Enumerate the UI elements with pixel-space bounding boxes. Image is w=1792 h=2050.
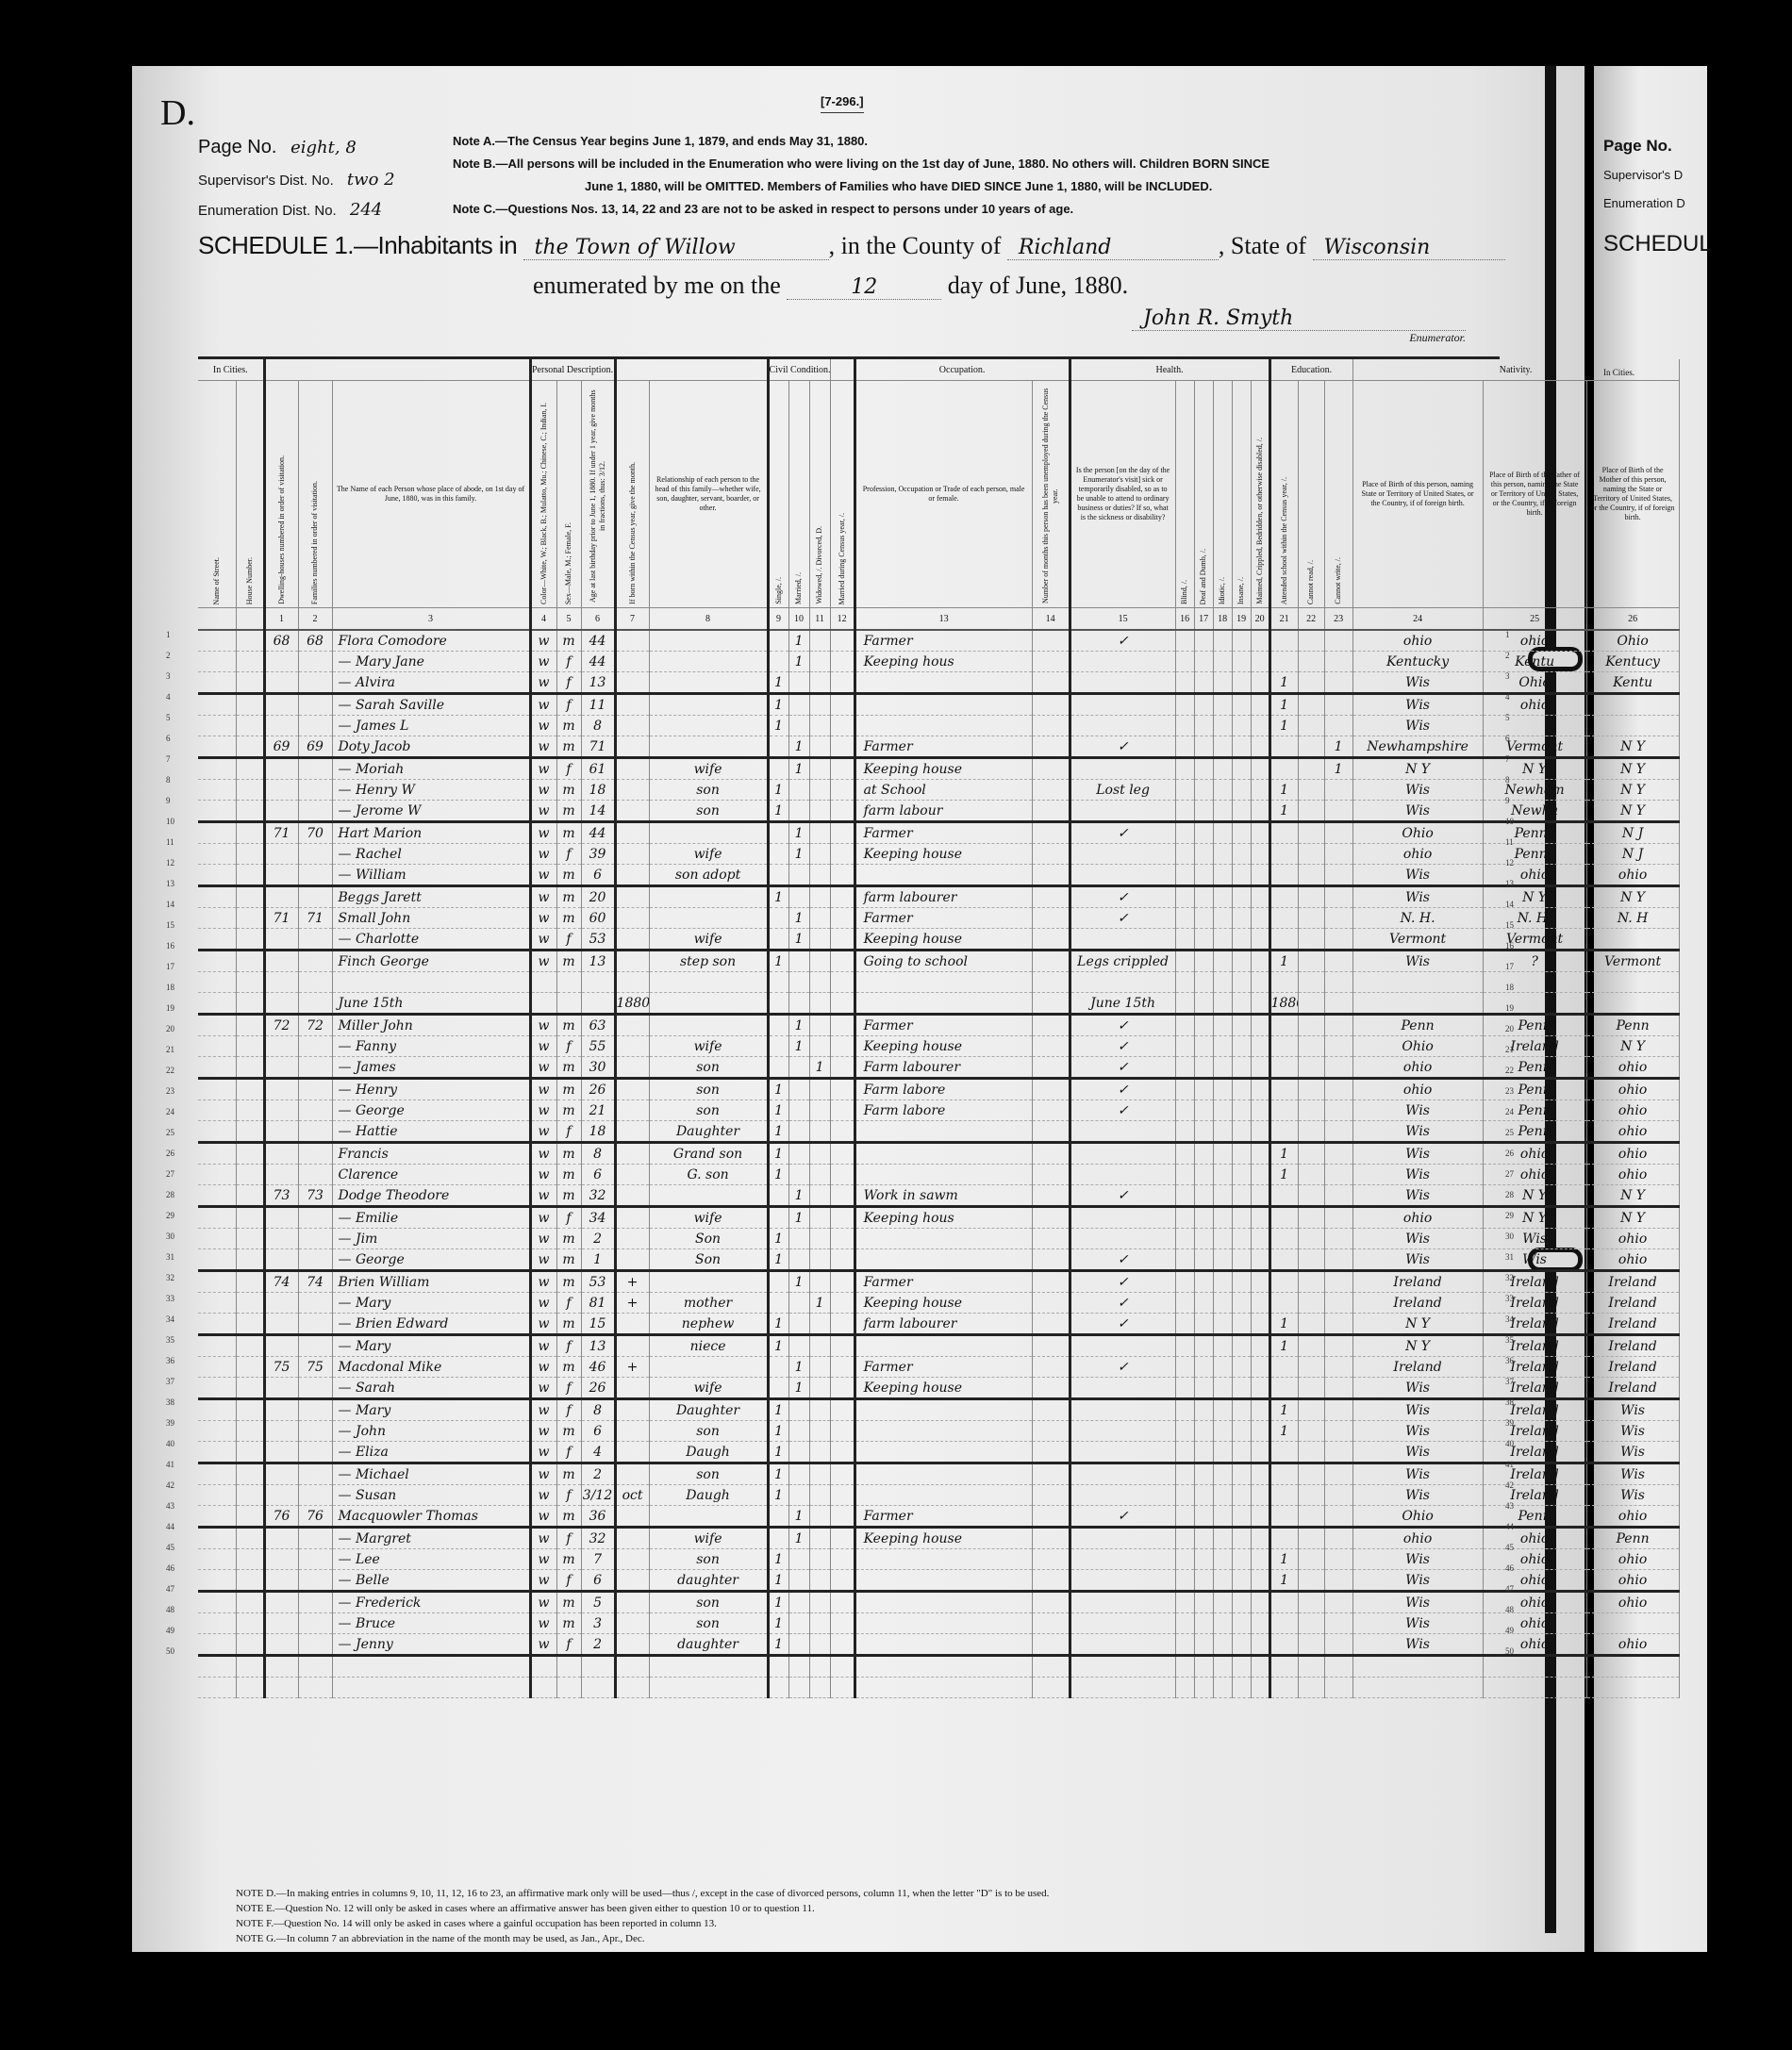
empty-cell — [236, 1121, 264, 1143]
cell-name: — Emilie — [332, 1207, 530, 1229]
column-header: Profession, Occupation or Trade of each … — [855, 381, 1032, 608]
cell-w — [809, 780, 830, 801]
cell-occ — [855, 1335, 1032, 1357]
cell-sick: ✓ — [1070, 736, 1175, 758]
cell-fbp: Newha — [1483, 801, 1586, 822]
cell-sex: m — [556, 736, 581, 758]
cell-md — [830, 736, 855, 758]
cell-rel: daughter — [649, 1570, 768, 1592]
empty-cell — [1194, 1378, 1213, 1399]
cell-s: 1 — [768, 951, 788, 972]
cell-sick: Legs crippled — [1070, 951, 1175, 972]
cell-bp: Wis — [1352, 1485, 1483, 1506]
cell-age: 55 — [581, 1036, 615, 1057]
cell-read — [1298, 908, 1324, 929]
empty-cell — [1175, 1057, 1194, 1079]
table-row: — Hattiewf18Daughter1WisPennohio — [198, 1121, 1679, 1143]
cell-name: — Mary — [332, 1293, 530, 1314]
line-number: 36 — [166, 1356, 174, 1365]
table-row: — Williamwm6son adoptWisohioohio — [198, 865, 1679, 886]
cell-mbp: N J — [1586, 844, 1679, 865]
column-header: Married, /. — [788, 381, 809, 608]
cell-write — [1324, 1570, 1352, 1592]
table-row: — James Lwm811Wis — [198, 716, 1679, 736]
cell-sick — [1070, 1229, 1175, 1249]
cell-dw — [264, 758, 298, 780]
cell-sex: m — [556, 801, 581, 822]
empty-cell — [1232, 672, 1251, 694]
cell-w — [809, 1015, 830, 1036]
cell-sick: ✓ — [1070, 1293, 1175, 1314]
cell-md — [830, 716, 855, 736]
cell-age: 39 — [581, 844, 615, 865]
cell-bp: ohio — [1352, 1057, 1483, 1079]
cell-fam — [298, 1463, 332, 1485]
cell-color: w — [530, 929, 556, 951]
cell-occ: Farm labourer — [855, 1057, 1032, 1079]
cell-bp: N. H. — [1352, 908, 1483, 929]
cell-month — [615, 1463, 649, 1485]
empty-cell — [1213, 694, 1232, 716]
enumerator-signature: John R. Smyth Enumerator. — [1132, 306, 1466, 345]
cell-read — [1298, 1634, 1324, 1656]
cell-month — [615, 1335, 649, 1357]
empty-cell — [1175, 758, 1194, 780]
line-number: 24 — [166, 1107, 174, 1116]
cell-bp: Wis — [1352, 672, 1483, 694]
cell-sex: m — [556, 1592, 581, 1613]
empty-cell — [1032, 780, 1070, 801]
cell-read — [1298, 1613, 1324, 1634]
empty-cell — [1032, 672, 1070, 694]
cell-sex: m — [556, 1185, 581, 1207]
empty-cell — [1194, 1079, 1213, 1100]
table-row: — Frederickwm5son1Wisohioohio — [198, 1592, 1679, 1613]
cell-rel — [649, 993, 768, 1015]
column-label: Profession, Occupation or Trade of each … — [856, 485, 1032, 504]
cell-mbp: Ireland — [1586, 1293, 1679, 1314]
table-row: Finch Georgewm13step son1Going to school… — [198, 951, 1679, 972]
cell-sick — [1070, 716, 1175, 736]
enumeration-label: Enumeration Dist. No. — [198, 203, 337, 219]
cell-fbp: ohio — [1483, 1634, 1586, 1656]
cell-occ — [855, 1656, 1032, 1678]
cell-fbp: Penn — [1483, 1506, 1586, 1528]
cell-s — [768, 736, 788, 758]
empty-cell — [1175, 1100, 1194, 1121]
empty-cell — [1175, 951, 1194, 972]
cell-occ — [855, 1421, 1032, 1442]
column-label: House Number. — [245, 557, 255, 604]
cell-age: 44 — [581, 630, 615, 652]
cell-md — [830, 1656, 855, 1678]
cell-sick: ✓ — [1070, 1100, 1175, 1121]
cell-age: 18 — [581, 780, 615, 801]
cell-s: 1 — [768, 1570, 788, 1592]
cell-w — [809, 1100, 830, 1121]
cell-mbp: ohio — [1586, 1100, 1679, 1121]
cell-fbp — [1483, 716, 1586, 736]
cell-write — [1324, 1314, 1352, 1335]
empty-cell — [1032, 1249, 1070, 1271]
cell-bp — [1352, 1678, 1483, 1698]
cell-fbp: N Y — [1483, 1207, 1586, 1229]
cell-w — [809, 1421, 830, 1442]
empty-cell — [198, 1335, 236, 1357]
cell-rel — [649, 972, 768, 993]
empty-cell — [1213, 865, 1232, 886]
cell-month — [615, 1678, 649, 1698]
group-in-cities: In Cities. — [198, 359, 264, 381]
cell-occ: Farm labore — [855, 1079, 1032, 1100]
cell-s — [768, 844, 788, 865]
group-header-row: In Cities. Personal Description. Civil C… — [198, 359, 1679, 381]
cell-occ — [855, 1570, 1032, 1592]
cell-read — [1298, 1506, 1324, 1528]
state-label: , State of — [1219, 232, 1306, 259]
empty-cell — [198, 1549, 236, 1570]
cell-name: — Henry W — [332, 780, 530, 801]
empty-cell — [1213, 1463, 1232, 1485]
cell-md — [830, 1015, 855, 1036]
cell-fbp: Ireland — [1483, 1399, 1586, 1421]
empty-cell — [1251, 1249, 1269, 1271]
empty-cell — [236, 1357, 264, 1378]
line-number: 5 — [166, 713, 171, 722]
cell-dw: 76 — [264, 1506, 298, 1528]
column-label: Married, /. — [794, 572, 804, 604]
cell-rel: son — [649, 1549, 768, 1570]
cell-month — [615, 1442, 649, 1463]
line-number: 34 — [166, 1314, 174, 1324]
empty-cell — [1232, 630, 1251, 652]
cell-month: + — [615, 1357, 649, 1378]
empty-cell — [198, 972, 236, 993]
empty-cell — [1194, 865, 1213, 886]
cell-mbp: N Y — [1586, 736, 1679, 758]
cell-bp: Wis — [1352, 1592, 1483, 1613]
empty-cell — [236, 822, 264, 844]
empty-cell — [236, 1143, 264, 1165]
empty-cell — [1194, 758, 1213, 780]
line-number: 12 — [166, 858, 174, 868]
cell-fam — [298, 694, 332, 716]
cell-occ — [855, 1485, 1032, 1506]
empty-cell — [1213, 1079, 1232, 1100]
cell-school: 1880 — [1269, 993, 1298, 1015]
cell-sex: f — [556, 1634, 581, 1656]
column-number: 10 — [788, 608, 809, 631]
empty-cell — [198, 1528, 236, 1549]
cell-fbp: ? — [1483, 951, 1586, 972]
empty-cell — [1175, 780, 1194, 801]
cell-fam — [298, 844, 332, 865]
next-supervisor: Supervisor's D — [1603, 168, 1683, 182]
cell-fam: 71 — [298, 908, 332, 929]
cell-fbp — [1483, 1656, 1586, 1678]
cell-sick — [1070, 1678, 1175, 1698]
empty-cell — [236, 1249, 264, 1271]
cell-age: 26 — [581, 1378, 615, 1399]
cell-color: w — [530, 780, 556, 801]
empty-cell — [1194, 716, 1213, 736]
empty-cell — [1175, 1036, 1194, 1057]
cell-fam: 73 — [298, 1185, 332, 1207]
empty-cell — [1232, 951, 1251, 972]
cell-age: 2 — [581, 1634, 615, 1656]
cell-age: 30 — [581, 1057, 615, 1079]
cell-occ — [855, 716, 1032, 736]
cell-rel: Son — [649, 1249, 768, 1271]
cell-fbp: ohio — [1483, 1592, 1586, 1613]
line-number: 47 — [166, 1584, 174, 1594]
cell-rel: Daughter — [649, 1121, 768, 1143]
empty-cell — [1032, 1506, 1070, 1528]
cell-sick — [1070, 972, 1175, 993]
cell-sex — [556, 1656, 581, 1678]
cell-color: w — [530, 1165, 556, 1185]
cell-m: 1 — [788, 908, 809, 929]
cell-read — [1298, 1335, 1324, 1357]
cell-color: w — [530, 1442, 556, 1463]
empty-cell — [1213, 1528, 1232, 1549]
cell-s — [768, 1015, 788, 1036]
cell-w — [809, 822, 830, 844]
note-b: Note B.—All persons will be included in … — [453, 153, 1269, 175]
cell-school: 1 — [1269, 716, 1298, 736]
cell-age: 32 — [581, 1185, 615, 1207]
cell-mbp: ohio — [1586, 1249, 1679, 1271]
empty-cell — [1213, 630, 1232, 652]
cell-write — [1324, 1015, 1352, 1036]
table-row — [198, 1656, 1679, 1678]
cell-sick — [1070, 865, 1175, 886]
line-number: 37 — [1505, 1377, 1514, 1386]
cell-write — [1324, 1229, 1352, 1249]
cell-mbp — [1586, 1613, 1679, 1634]
table-row: — Bellewf6daughter11Wisohioohio — [198, 1570, 1679, 1592]
cell-month — [615, 972, 649, 993]
line-number: 18 — [166, 983, 174, 992]
empty-cell — [1213, 822, 1232, 844]
cell-read — [1298, 1528, 1324, 1549]
cell-occ — [855, 1634, 1032, 1656]
cell-m: 1 — [788, 1015, 809, 1036]
empty-cell — [1251, 694, 1269, 716]
cell-m — [788, 865, 809, 886]
column-number: 24 — [1352, 608, 1483, 631]
cell-color: w — [530, 951, 556, 972]
cell-rel: wife — [649, 844, 768, 865]
cell-age: 13 — [581, 1335, 615, 1357]
cell-bp: Wis — [1352, 1463, 1483, 1485]
empty-cell — [1175, 736, 1194, 758]
cell-month — [615, 780, 649, 801]
cell-sex: f — [556, 652, 581, 672]
line-number: 24 — [1505, 1107, 1514, 1116]
empty-cell — [1175, 1143, 1194, 1165]
cell-rel: son — [649, 1463, 768, 1485]
cell-fbp: N. H. — [1483, 908, 1586, 929]
empty-cell — [198, 1421, 236, 1442]
empty-cell — [1032, 1121, 1070, 1143]
table-row: — Marywf8Daughter11WisIrelandWis — [198, 1399, 1679, 1421]
cell-w — [809, 736, 830, 758]
cell-dw: 72 — [264, 1015, 298, 1036]
cell-color: w — [530, 1015, 556, 1036]
cell-name — [332, 972, 530, 993]
cell-s: 1 — [768, 672, 788, 694]
column-header: Married during Census year, /. — [830, 381, 855, 608]
cell-w — [809, 1314, 830, 1335]
cell-read — [1298, 1057, 1324, 1079]
sheet-letter: D. — [160, 92, 195, 134]
cell-mbp: N Y — [1586, 780, 1679, 801]
cell-school: 1 — [1269, 1549, 1298, 1570]
empty-cell — [1232, 1079, 1251, 1100]
cell-fam — [298, 780, 332, 801]
cell-school — [1269, 1079, 1298, 1100]
cell-fam — [298, 886, 332, 908]
cell-dw — [264, 1121, 298, 1143]
cell-color: w — [530, 1421, 556, 1442]
cell-m: 1 — [788, 1506, 809, 1528]
empty-cell — [236, 1185, 264, 1207]
cell-m — [788, 1165, 809, 1185]
cell-sex: f — [556, 694, 581, 716]
empty-cell — [1251, 1634, 1269, 1656]
cell-read — [1298, 1100, 1324, 1121]
cell-color: w — [530, 1399, 556, 1421]
column-label: Cannot read, /. — [1306, 560, 1316, 604]
column-label: Cannot write, /. — [1334, 557, 1343, 604]
empty-cell — [1213, 758, 1232, 780]
cell-age: 3/12 — [581, 1485, 615, 1506]
cell-age: 36 — [581, 1506, 615, 1528]
cell-write — [1324, 865, 1352, 886]
cell-fbp: N Y — [1483, 886, 1586, 908]
cell-bp: Wis — [1352, 716, 1483, 736]
empty-cell — [1251, 1207, 1269, 1229]
cell-bp: Wis — [1352, 1378, 1483, 1399]
cell-occ: Farmer — [855, 1357, 1032, 1378]
cell-bp: Wis — [1352, 886, 1483, 908]
cell-dw: 73 — [264, 1185, 298, 1207]
cell-sex: f — [556, 1399, 581, 1421]
empty-cell — [236, 886, 264, 908]
cell-fbp: Ireland — [1483, 1442, 1586, 1463]
cell-rel: son — [649, 1100, 768, 1121]
cell-mbp: ohio — [1586, 1121, 1679, 1143]
column-number: 8 — [649, 608, 768, 631]
cell-md — [830, 1057, 855, 1079]
empty-cell — [1251, 1271, 1269, 1293]
cell-read — [1298, 630, 1324, 652]
empty-cell — [1232, 1678, 1251, 1698]
cell-md — [830, 1506, 855, 1528]
empty-cell — [198, 1293, 236, 1314]
cell-bp — [1352, 1656, 1483, 1678]
cell-school — [1269, 822, 1298, 844]
empty-cell — [1251, 1613, 1269, 1634]
cell-w — [809, 886, 830, 908]
empty-cell — [1194, 1485, 1213, 1506]
line-number: 19 — [166, 1003, 174, 1013]
table-row: — Susanwf3/12octDaugh1WisIrelandWis — [198, 1485, 1679, 1506]
empty-cell — [198, 801, 236, 822]
column-header: Number of months this person has been un… — [1032, 381, 1070, 608]
empty-cell — [1232, 780, 1251, 801]
empty-cell — [1232, 844, 1251, 865]
empty-cell — [236, 1036, 264, 1057]
group-occupation: Occupation. — [855, 359, 1070, 381]
cell-mbp: Ohio — [1586, 630, 1679, 652]
cell-bp — [1352, 993, 1483, 1015]
empty-cell — [1251, 929, 1269, 951]
empty-cell — [1194, 1249, 1213, 1271]
cell-sick — [1070, 1634, 1175, 1656]
cell-fbp: ohio — [1483, 1143, 1586, 1165]
cell-w — [809, 1463, 830, 1485]
census-table: In Cities. Personal Description. Civil C… — [198, 356, 1500, 1868]
empty-cell — [1175, 993, 1194, 1015]
cell-mbp: N Y — [1586, 1036, 1679, 1057]
cell-w — [809, 1613, 830, 1634]
line-number: 50 — [1505, 1646, 1514, 1656]
cell-name: — George — [332, 1100, 530, 1121]
cell-read — [1298, 758, 1324, 780]
cell-sex: f — [556, 1528, 581, 1549]
footnotes: NOTE D.—In making entries in columns 9, … — [236, 1886, 1049, 1946]
cell-month — [615, 1528, 649, 1549]
cell-md — [830, 993, 855, 1015]
column-header: Cannot write, /. — [1324, 381, 1352, 608]
table-row: — Marywf81+mother1Keeping house✓IrelandI… — [198, 1293, 1679, 1314]
cell-occ: Keeping house — [855, 929, 1032, 951]
line-number: 1 — [166, 630, 171, 639]
cell-bp: N Y — [1352, 1314, 1483, 1335]
cell-m — [788, 1485, 809, 1506]
line-number: 35 — [166, 1335, 174, 1345]
cell-md — [830, 801, 855, 822]
cell-md — [830, 1485, 855, 1506]
cell-fbp: ohio — [1483, 694, 1586, 716]
empty-cell — [1032, 1229, 1070, 1249]
line-number: 6 — [1505, 734, 1510, 743]
cell-fbp: Penn — [1483, 1100, 1586, 1121]
empty-cell — [1251, 1570, 1269, 1592]
cell-dw — [264, 1613, 298, 1634]
cell-month — [615, 758, 649, 780]
cell-color: w — [530, 1506, 556, 1528]
cell-color: w — [530, 1592, 556, 1613]
cell-school — [1269, 1528, 1298, 1549]
empty-cell — [1032, 1335, 1070, 1357]
enumerator-label: Enumerator. — [1160, 331, 1466, 345]
empty-cell — [1232, 736, 1251, 758]
cell-dw — [264, 1293, 298, 1314]
cell-bp: ohio — [1352, 630, 1483, 652]
cell-sick — [1070, 1592, 1175, 1613]
empty-cell — [1032, 822, 1070, 844]
cell-sex: m — [556, 1143, 581, 1165]
empty-cell — [1175, 1528, 1194, 1549]
cell-occ: Keeping house — [855, 1036, 1032, 1057]
cell-m — [788, 694, 809, 716]
cell-m — [788, 780, 809, 801]
cell-month — [615, 1634, 649, 1656]
empty-cell — [1251, 1442, 1269, 1463]
